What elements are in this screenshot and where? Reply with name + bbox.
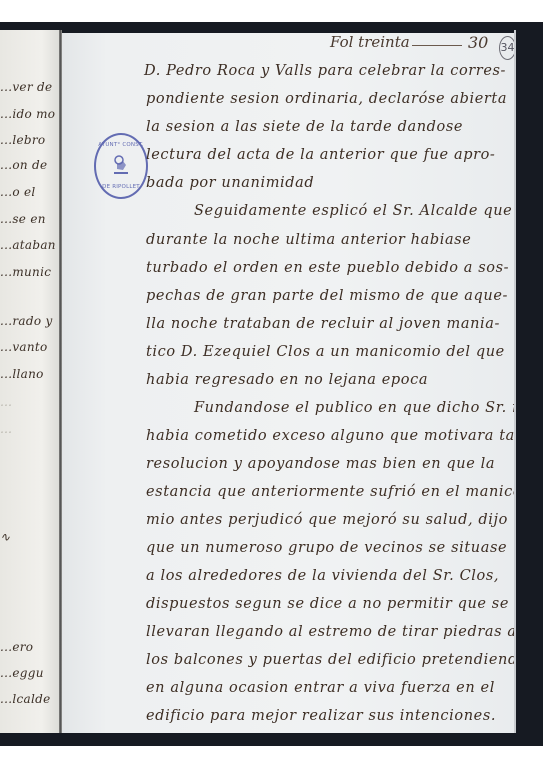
- text-line: dispuestos segun se dice a no permitir q…: [146, 596, 514, 612]
- left-page-signature: ∿: [0, 530, 10, 544]
- text-line: la sesion a las siete de la tarde dandos…: [146, 119, 463, 135]
- left-page-faint-text: …: [0, 395, 12, 409]
- text-line: en alguna ocasion entrar a viva fuerza e…: [146, 680, 495, 696]
- pencil-folio-number: 34: [499, 36, 514, 60]
- text-line: bada por unanimidad: [146, 175, 314, 191]
- left-page-fragment: ...se en: [0, 212, 46, 226]
- left-page-fragment: ...eggu: [0, 666, 44, 680]
- left-page-fragment: ...ido mo: [0, 107, 55, 121]
- folio-rule: [412, 45, 462, 46]
- text-line: mio antes perjudicó que mejoró su salud,…: [146, 512, 508, 528]
- left-page-faint-text: …: [0, 422, 12, 436]
- stamp-bottom-text: DE RIPOLLET: [96, 184, 146, 190]
- text-line: habia regresado en no lejana epoca: [146, 372, 428, 388]
- manuscript-page: Fol treinta 30 34 AYUNT° CONST. DE RIPOL…: [62, 33, 514, 733]
- left-page-fragment: ...on de: [0, 158, 47, 172]
- text-line: habia cometido exceso alguno que motivar…: [146, 428, 514, 444]
- text-line: tico D. Ezequiel Clos a un manicomio del…: [146, 344, 505, 360]
- folio-number: 30: [468, 33, 488, 52]
- text-line: lectura del acta de la anterior que fue …: [146, 147, 495, 163]
- text-line: resolucion y apoyandose mas bien en que …: [146, 456, 495, 472]
- text-line: edificio para mejor realizar sus intenci…: [146, 708, 496, 724]
- text-line: lla noche trataban de recluir al joven m…: [146, 316, 500, 332]
- left-page-fragment: ...ero: [0, 640, 33, 654]
- left-page-fragment: ...o el: [0, 185, 36, 199]
- stamp-top-text: AYUNT° CONST.: [96, 142, 146, 148]
- left-page-fragment: ...rado y: [0, 314, 53, 328]
- text-line: llevaran llegando al estremo de tirar pi…: [146, 624, 514, 640]
- left-page-fragment: ...llano: [0, 367, 44, 381]
- folio-header: Fol treinta: [330, 33, 410, 51]
- text-line: D. Pedro Roca y Valls para celebrar la c…: [144, 63, 506, 79]
- left-page-fragment: ...munic: [0, 265, 51, 279]
- text-line: a los alrededores de la vivienda del Sr.…: [146, 568, 499, 584]
- left-page-facing: ...ver de ...ido mo ...lebro ...on de ..…: [0, 30, 60, 733]
- municipal-stamp: AYUNT° CONST. DE RIPOLLET: [94, 133, 148, 199]
- text-line: durante la noche ultima anterior habiase: [146, 232, 471, 248]
- text-line: Seguidamente esplicó el Sr. Alcalde que: [194, 203, 512, 219]
- text-line: turbado el orden en este pueblo debido a…: [146, 260, 509, 276]
- page-edge: [514, 30, 516, 733]
- left-page-fragment: ...ataban: [0, 238, 56, 252]
- text-line: que un numeroso grupo de vecinos se situ…: [146, 540, 507, 556]
- text-line: pondiente sesion ordinaria, declaróse ab…: [146, 91, 507, 107]
- left-page-fragment: ...vanto: [0, 340, 48, 354]
- left-page-fragment: ...lebro: [0, 133, 45, 147]
- text-line: pechas de gran parte del mismo de que aq…: [146, 288, 508, 304]
- text-line: Fundandose el publico en que dicho Sr. n…: [194, 400, 514, 416]
- text-line: los balcones y puertas del edificio pret…: [146, 652, 514, 668]
- text-line: estancia que anteriormente sufrió en el …: [146, 484, 514, 500]
- left-page-fragment: ...ver de: [0, 80, 52, 94]
- coat-of-arms-icon: [111, 153, 131, 175]
- left-page-fragment: ...lcalde: [0, 692, 50, 706]
